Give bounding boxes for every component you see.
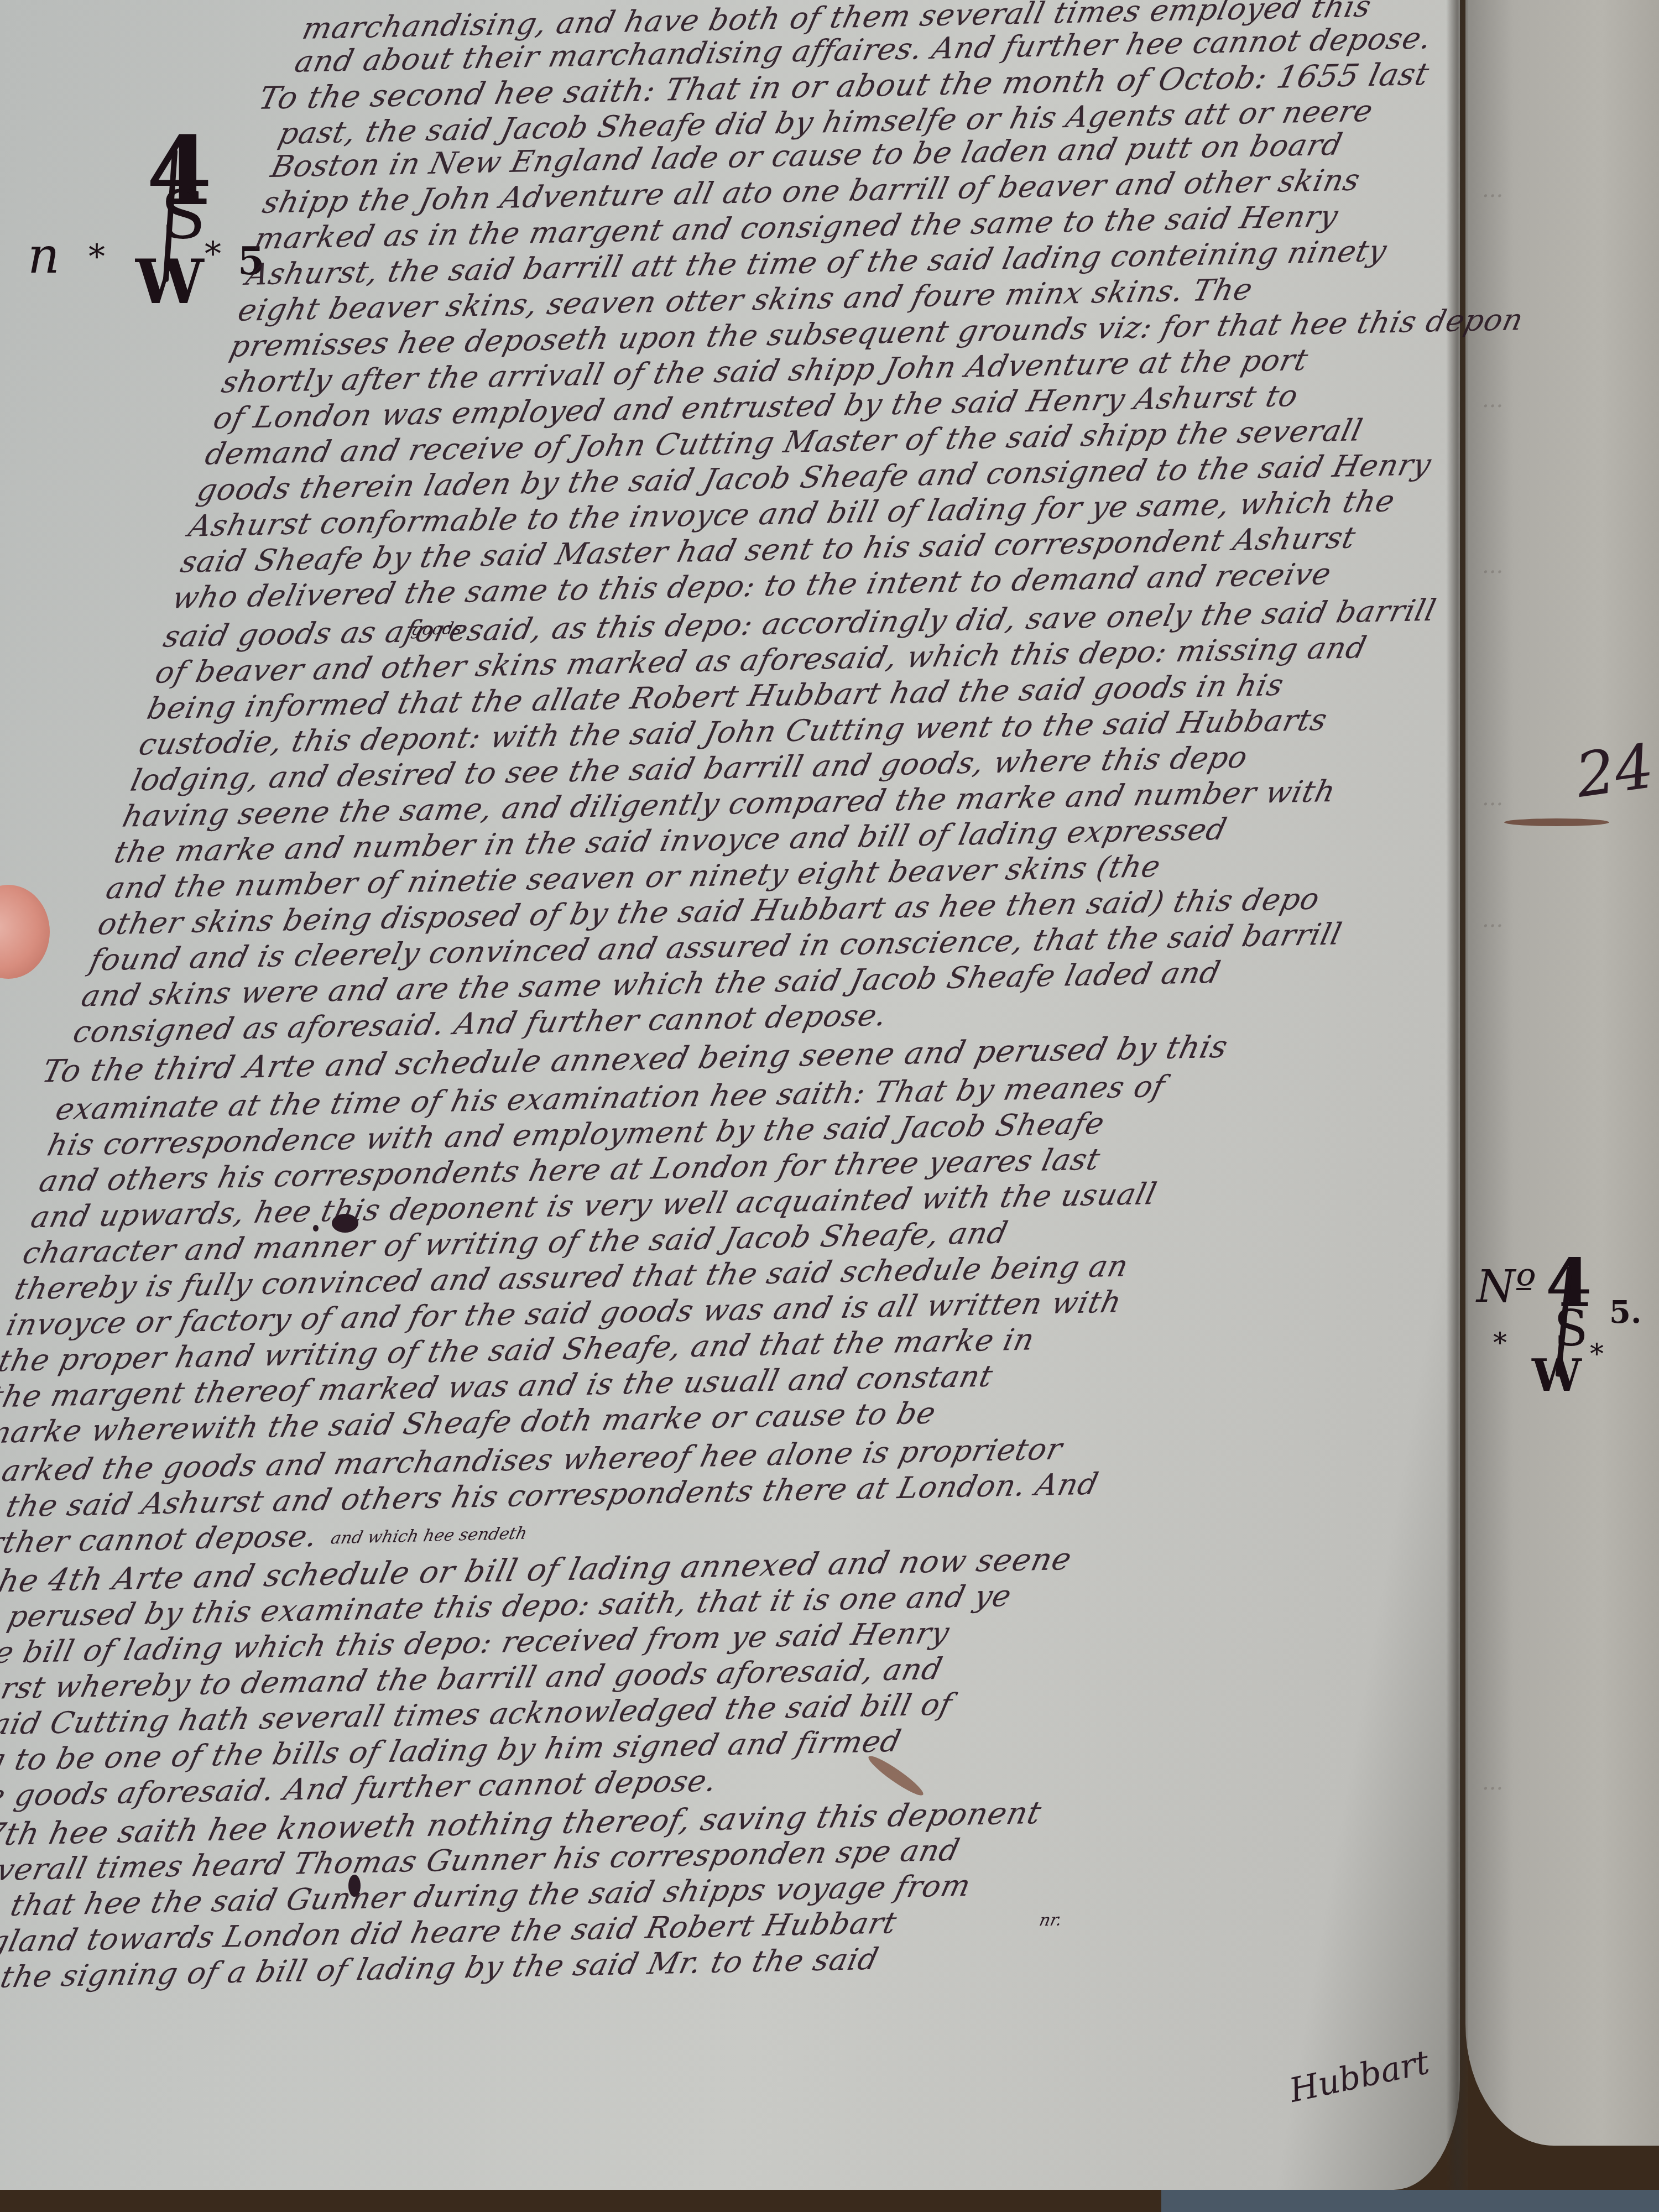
- star-icon: *: [1590, 1338, 1604, 1370]
- table-surface: [1161, 2190, 1659, 2212]
- interlinear-insertion: goods: [410, 619, 464, 639]
- mark-base: W: [135, 246, 204, 317]
- faded-text: ...: [1482, 907, 1659, 932]
- ink-blot: [332, 1214, 358, 1233]
- faded-text: ...: [1482, 1770, 1659, 1795]
- star-icon: *: [88, 238, 105, 276]
- ink-smudge: [1504, 818, 1609, 826]
- left-merchant-mark: n * 4 S W * 5: [22, 127, 276, 304]
- faded-text: ...: [1482, 387, 1659, 413]
- faded-text: ...: [1482, 177, 1659, 202]
- mark-prefix: n: [28, 227, 60, 285]
- ink-blot: [348, 1875, 361, 1897]
- interlinear-insertion: nr.: [1037, 1910, 1064, 1930]
- mark-prefix: Nº: [1477, 1261, 1536, 1312]
- star-icon: *: [205, 235, 221, 274]
- faded-text: ...: [1482, 785, 1659, 811]
- ink-blot: [313, 1225, 319, 1232]
- mark-suffix: 5.: [1609, 1294, 1641, 1331]
- right-merchant-mark: Nº * 4 S W * 5.: [1471, 1250, 1653, 1405]
- faded-text: ...: [1482, 553, 1659, 578]
- mark-base: W: [1532, 1349, 1582, 1401]
- star-icon: *: [1493, 1327, 1507, 1359]
